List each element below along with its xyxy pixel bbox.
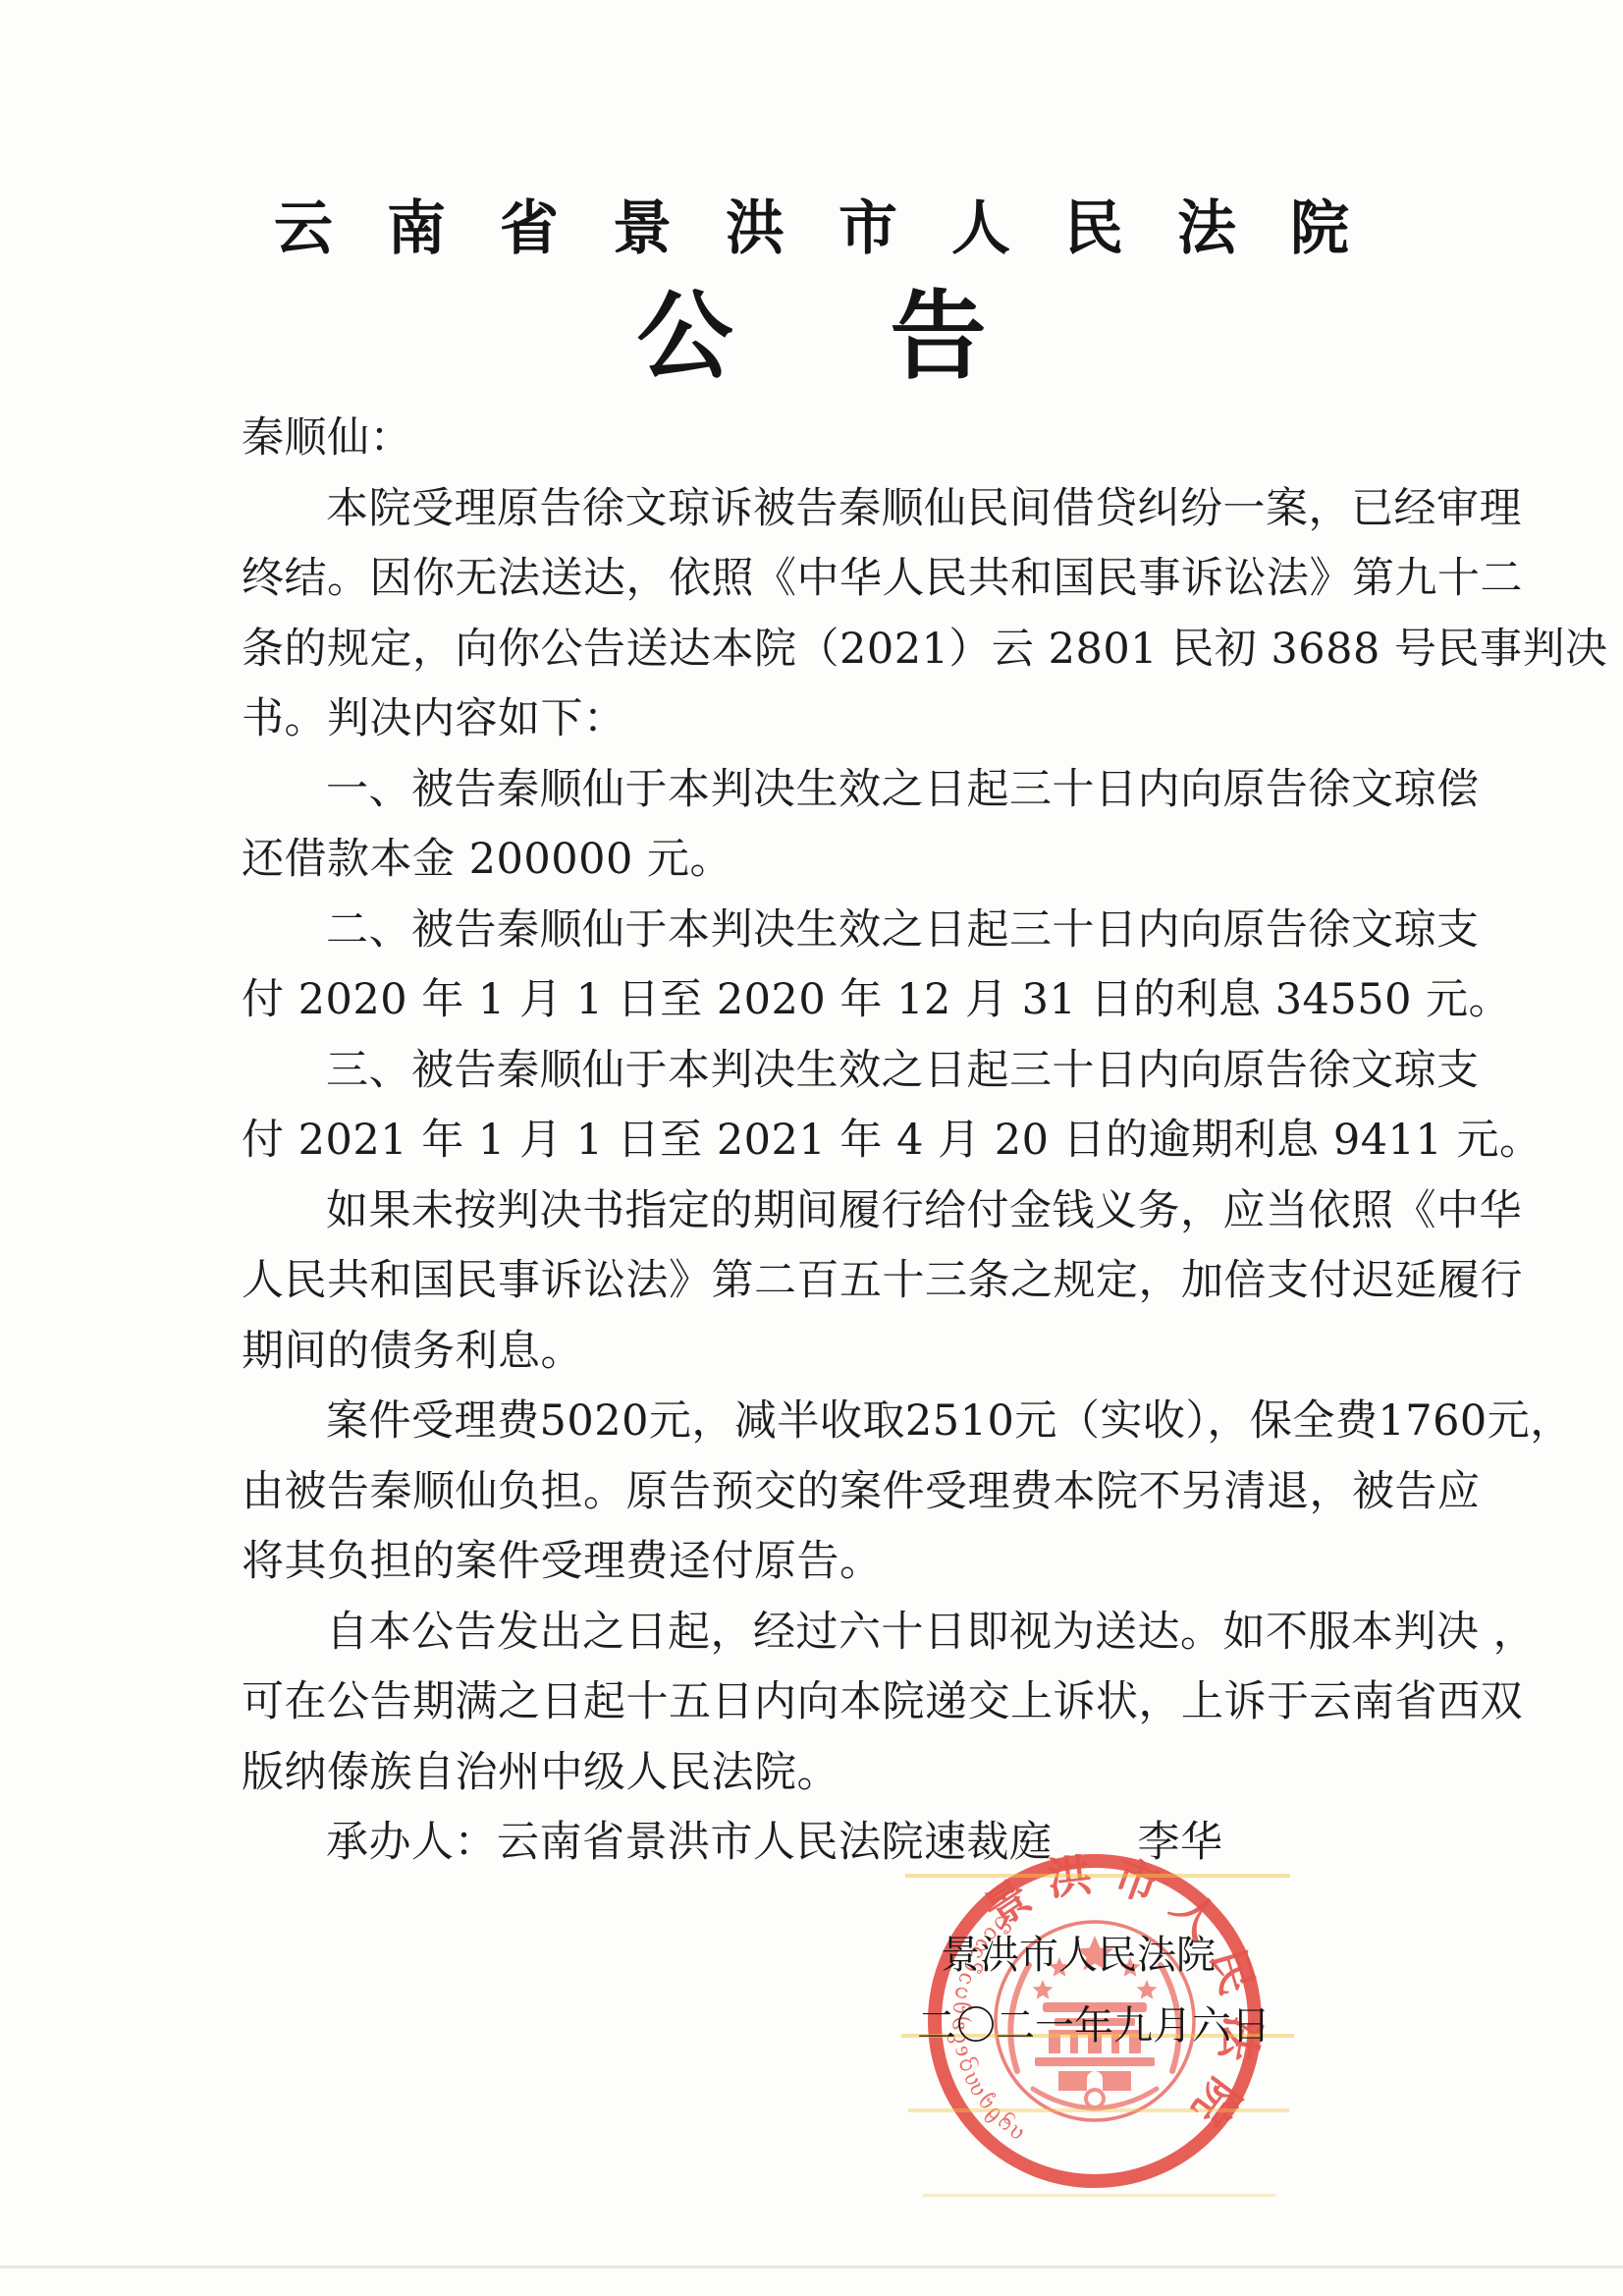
signature-date: 二〇二一年九月六日	[917, 2003, 1271, 2049]
body-line: 自本公告发出之日起，经过六十日即视为送达。如不服本判决 ，	[242, 1598, 1466, 1668]
scan-artifact-bottom-line	[0, 2266, 1623, 2269]
notice-body: 秦顺仙： 本院受理原告徐文琼诉被告秦顺仙民间借贷纠纷一案，已经审理 终结。因你无…	[242, 404, 1466, 1879]
notice-title: 公告	[0, 283, 1623, 389]
body-line: 期间的债务利息。	[242, 1317, 1466, 1388]
body-line: 条的规定，向你公告送达本院（2021）云 2801 民初 3688 号民事判决	[242, 615, 1466, 685]
body-line: 将其负担的案件受理费迳付原告。	[242, 1527, 1466, 1598]
body-line: 人民共和国民事诉讼法》第二百五十三条之规定，加倍支付迟延履行	[242, 1246, 1466, 1317]
body-line: 三、被告秦顺仙于本判决生效之日起三十日内向原告徐文琼支	[242, 1036, 1466, 1107]
body-line: 案件受理费5020元，减半收取2510元（实收），保全费1760元，	[242, 1387, 1466, 1457]
court-title: 云南省景洪市人民法院	[0, 196, 1623, 261]
body-line: 如果未按判决书指定的期间履行给付金钱义务，应当依照《中华	[242, 1176, 1466, 1247]
body-line: 付 2021 年 1 月 1 日至 2021 年 4 月 20 日的逾期利息 9…	[242, 1106, 1466, 1176]
scan-artifact-line	[923, 2194, 1276, 2197]
body-line: 还借款本金 200000 元。	[242, 825, 1466, 896]
body-line: 付 2020 年 1 月 1 日至 2020 年 12 月 31 日的利息 34…	[242, 965, 1466, 1036]
addressee: 秦顺仙：	[242, 404, 1466, 474]
body-line: 由被告秦顺仙负担。原告预交的案件受理费本院不另清退，被告应	[242, 1457, 1466, 1528]
body-line: 本院受理原告徐文琼诉被告秦顺仙民间借贷纠纷一案，已经审理	[242, 474, 1466, 545]
body-line: 二、被告秦顺仙于本判决生效之日起三十日内向原告徐文琼支	[242, 896, 1466, 966]
body-line: 版纳傣族自治州中级人民法院。	[242, 1738, 1466, 1809]
scan-artifact-line	[908, 2108, 1289, 2112]
body-line: 一、被告秦顺仙于本判决生效之日起三十日内向原告徐文琼偿	[242, 755, 1466, 826]
scan-artifact-line	[905, 1874, 1290, 1878]
undertaker-line: 承办人：云南省景洪市人民法院速裁庭 李华	[242, 1808, 1466, 1879]
body-line: 书。判决内容如下：	[242, 684, 1466, 755]
signature-court-name: 景洪市人民法院	[941, 1933, 1216, 1978]
body-line: 终结。因你无法送达，依照《中华人民共和国民事诉讼法》第九十二	[242, 544, 1466, 615]
body-line: 可在公告期满之日起十五日内向本院递交上诉状，上诉于云南省西双	[242, 1667, 1466, 1738]
document-page: 云南省景洪市人民法院 公告 秦顺仙： 本院受理原告徐文琼诉被告秦顺仙民间借贷纠纷…	[0, 0, 1623, 2296]
